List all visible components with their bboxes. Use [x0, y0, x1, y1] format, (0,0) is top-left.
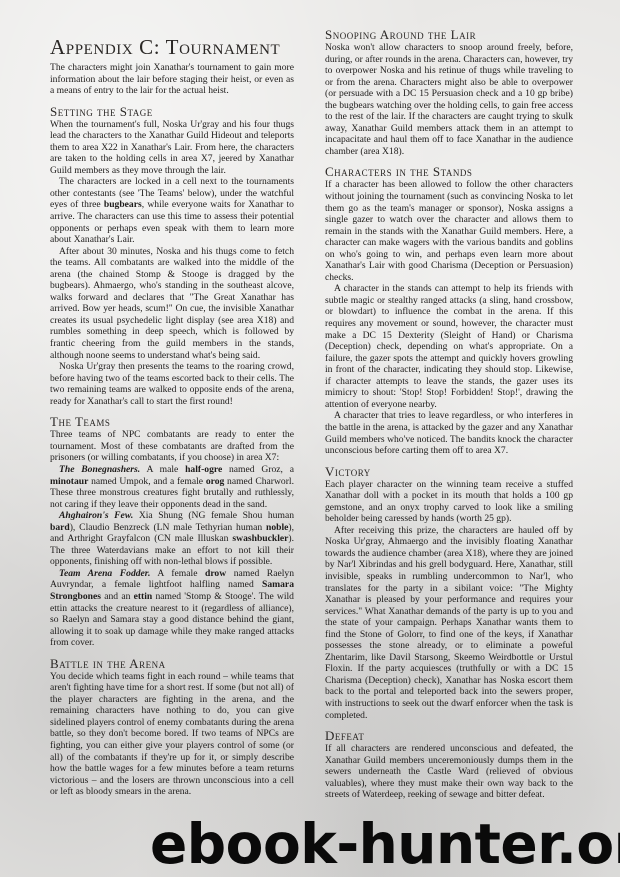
watermark-text: ebook-hunter.org	[150, 814, 620, 874]
section-heading-characters-in-stands: Characters in the Stands	[325, 165, 573, 179]
section-heading-snooping: Snooping Around the Lair	[325, 28, 573, 42]
text-run: A male	[140, 464, 185, 475]
setting-stage-paragraph-3: After about 30 minutes, Noska and his th…	[50, 246, 294, 361]
text-run: ), Claudio Benzreck (LN male Tethyrian h…	[70, 522, 266, 533]
setting-stage-paragraph-4: Noska Ur'gray then presents the teams to…	[50, 361, 294, 407]
left-column: Appendix C: Tournament The characters mi…	[50, 30, 294, 798]
team-name: The Bonegnashers.	[59, 464, 140, 475]
text-run: A female	[150, 568, 205, 579]
setting-stage-paragraph-1: When the tournament's full, Noska Ur'gra…	[50, 119, 294, 177]
creature-name: noble	[266, 522, 288, 533]
creature-name: swashbuckler	[232, 533, 288, 544]
text-run: named Groz, a	[222, 464, 294, 475]
creature-name: bugbears	[104, 199, 142, 210]
team-name: Ahghairon's Few.	[59, 510, 133, 521]
section-heading-setting-the-stage: Setting the Stage	[50, 105, 294, 119]
stands-paragraph-2: A character in the stands can attempt to…	[325, 283, 573, 410]
section-heading-the-teams: The Teams	[50, 415, 294, 429]
intro-paragraph: The characters might join Xanathar's tou…	[50, 62, 294, 97]
creature-name: bard	[50, 522, 70, 533]
text-run: named Umpok, and a female	[88, 476, 205, 487]
section-heading-victory: Victory	[325, 465, 573, 479]
text-run: Xia Shung (NG female Shou human	[133, 510, 294, 521]
victory-paragraph-2: After receiving this prize, the characte…	[325, 525, 573, 721]
creature-name: drow	[205, 568, 226, 579]
defeat-paragraph-1: If all characters are rendered unconscio…	[325, 743, 573, 801]
team-paragraph: Team Arena Fodder. A female drow named R…	[50, 568, 294, 649]
page-title: Appendix C: Tournament	[50, 36, 294, 58]
right-column: Snooping Around the Lair Noska won't all…	[325, 28, 573, 801]
creature-name: ettin	[134, 591, 153, 602]
team-paragraph: Ahghairon's Few. Xia Shung (NG female Sh…	[50, 510, 294, 568]
stands-paragraph-3: A character that tries to leave regardle…	[325, 410, 573, 456]
creature-name: orog	[206, 476, 224, 487]
creature-name: half-ogre	[185, 464, 222, 475]
stands-paragraph-1: If a character has been allowed to follo…	[325, 179, 573, 283]
team-paragraph: The Bonegnashers. A male half-ogre named…	[50, 464, 294, 510]
battle-paragraph-1: You decide which teams fight in each rou…	[50, 671, 294, 798]
setting-stage-paragraph-2: The characters are locked in a cell next…	[50, 176, 294, 245]
text-run: and an	[101, 591, 134, 602]
section-heading-defeat: Defeat	[325, 729, 573, 743]
victory-paragraph-1: Each player character on the winning tea…	[325, 479, 573, 525]
section-heading-battle-in-the-arena: Battle in the Arena	[50, 657, 294, 671]
snooping-paragraph-1: Noska won't allow characters to snoop ar…	[325, 42, 573, 157]
teams-intro-paragraph: Three teams of NPC combatants are ready …	[50, 429, 294, 464]
creature-name: minotaur	[50, 476, 88, 487]
team-name: Team Arena Fodder.	[59, 568, 150, 579]
